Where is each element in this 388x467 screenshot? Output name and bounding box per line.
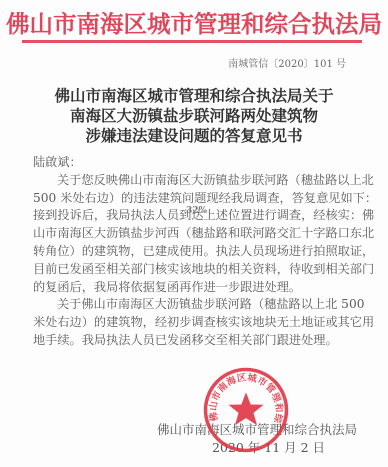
official-seal-icon: 佛山市南海区城市管理和综合执法局	[202, 366, 290, 454]
document-title: 佛山市南海区城市管理和综合执法局关于 南海区大沥镇盐步联河路两处建筑物 涉嫌违法…	[0, 86, 388, 146]
document-title-line: 涉嫌违法建设问题的答复意见书	[0, 126, 388, 146]
star-icon	[228, 392, 263, 425]
body-line: 山市南海区大沥镇盐步河西（穗盐路和联河路交汇十字路口东北	[33, 225, 349, 243]
document-title-line: 佛山市南海区城市管理和综合执法局关于	[0, 86, 388, 106]
document-title-line: 南海区大沥镇盐步联河路两处建筑物	[0, 106, 388, 126]
body-line: 地手续。我局执法人员已发函移交至相关部门跟进处理。	[33, 332, 349, 350]
body-line: 米处右边）的建筑物，经初步调查核实该地块无土地证或其它用	[33, 314, 349, 332]
zoom-watermark: 32%	[186, 206, 207, 216]
org-letterhead-title: 佛山市南海区城市管理和综合执法局	[0, 5, 388, 39]
document-number: 南城管信〔2020〕101 号	[228, 55, 346, 70]
document-body: 陆啟斌： 关于您反映佛山市南海区大沥镇盐步联河路（穗盐路以上北 500 米处右边…	[33, 154, 349, 350]
letterhead-divider	[22, 40, 362, 43]
body-line: 目前已发函至相关部门核实该地块的相关资料，待收到相关部门	[33, 261, 349, 279]
body-line: 500 米处右边）的违法建筑问题现经我局调查，答复意见如下：	[33, 190, 349, 208]
body-line: 关于您反映佛山市南海区大沥镇盐步联河路（穗盐路以上北	[33, 172, 349, 190]
body-line: 转角位）的建筑物，已建成使用。执法人员现场进行拍照取证，	[33, 243, 349, 261]
body-line: 的复函后，我局将依据复函再作进一步跟进处理。	[33, 279, 349, 297]
body-line: 关于佛山市南海区大沥镇盐步联河路（穗盐路以上北 500	[33, 296, 349, 314]
salutation: 陆啟斌：	[33, 154, 349, 172]
